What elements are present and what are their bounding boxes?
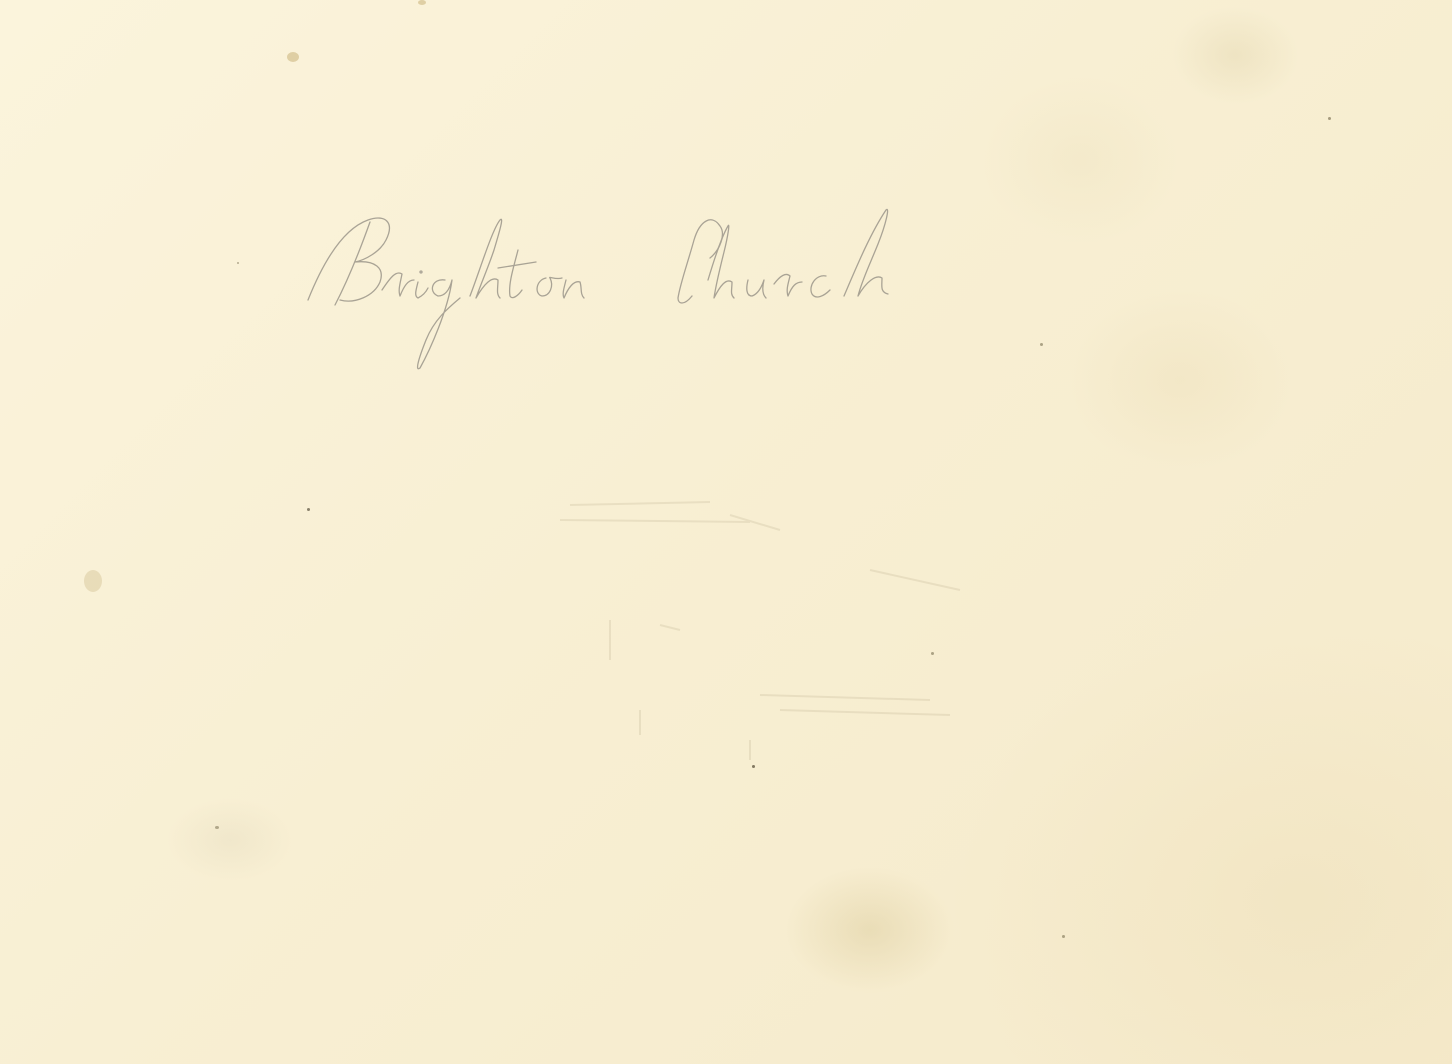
foxing-spot: [752, 765, 755, 768]
foxing-spot: [1040, 343, 1043, 346]
show-through-marks: [550, 460, 970, 760]
foxing-spot: [307, 508, 310, 511]
handwriting-strokes: [300, 200, 990, 375]
foxing-spot: [287, 52, 299, 62]
foxing-spot: [1062, 935, 1065, 938]
foxing-spot: [237, 262, 239, 264]
foxing-spot: [84, 570, 102, 592]
foxing-spot: [215, 826, 219, 829]
foxing-spot: [418, 0, 426, 5]
foxing-spot: [1328, 117, 1331, 120]
handwritten-inscription: Brighton Church: [300, 200, 990, 375]
